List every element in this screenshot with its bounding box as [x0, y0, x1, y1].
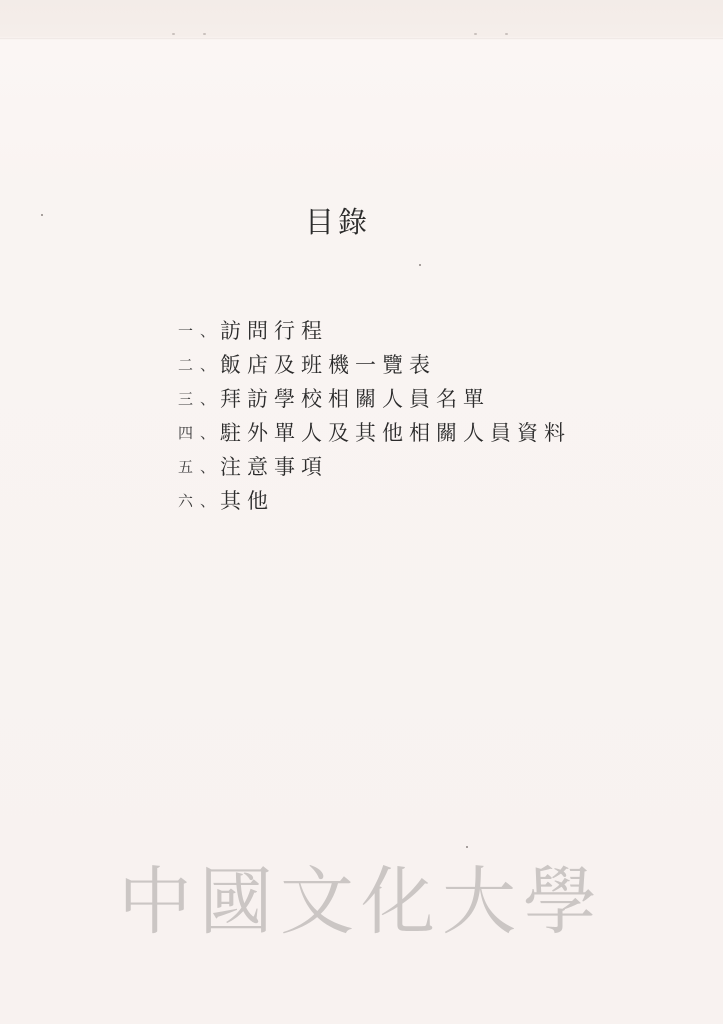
page-title: 目錄 — [0, 200, 676, 241]
toc-item-label: 訪問行程 — [220, 319, 328, 343]
toc-item-separator: 、 — [200, 484, 220, 518]
toc-item-separator: 、 — [200, 450, 220, 484]
toc-item-label: 拜訪學校相關人員名單 — [220, 387, 490, 411]
toc-item: 五、注意事項 — [178, 450, 571, 484]
toc-item: 四、駐外單人及其他相關人員資料 — [178, 416, 571, 450]
toc-item-number: 六 — [178, 484, 200, 518]
toc-item-separator: 、 — [200, 348, 220, 382]
toc-item-number: 二 — [178, 348, 200, 382]
toc-item-number: 三 — [178, 382, 200, 416]
toc-item: 二、飯店及班機一覽表 — [178, 348, 571, 382]
toc-item: 三、拜訪學校相關人員名單 — [178, 382, 571, 416]
toc-item: 一、訪問行程 — [178, 314, 571, 348]
toc-item-number: 四 — [178, 416, 200, 450]
staple-mark — [172, 33, 175, 35]
paper-speck — [41, 214, 43, 216]
paper-fold-line — [0, 38, 723, 40]
toc-item-label: 其他 — [220, 489, 274, 513]
paper-speck — [419, 264, 421, 266]
document-page: 目錄 一、訪問行程 二、飯店及班機一覽表 三、拜訪學校相關人員名單 四、駐外單人… — [0, 0, 723, 1024]
staple-mark — [203, 33, 206, 35]
toc-item-label: 注意事項 — [220, 455, 328, 479]
table-of-contents: 一、訪問行程 二、飯店及班機一覽表 三、拜訪學校相關人員名單 四、駐外單人及其他… — [178, 314, 571, 518]
toc-item-label: 駐外單人及其他相關人員資料 — [220, 421, 571, 445]
toc-item-label: 飯店及班機一覽表 — [220, 353, 436, 377]
university-watermark: 中國文化大學 — [118, 852, 638, 952]
toc-item-separator: 、 — [200, 382, 220, 416]
staple-mark — [474, 33, 477, 35]
toc-item-separator: 、 — [200, 314, 220, 348]
toc-item-number: 五 — [178, 450, 200, 484]
paper-speck — [466, 846, 468, 848]
toc-item-number: 一 — [178, 314, 200, 348]
toc-item: 六、其他 — [178, 484, 571, 518]
toc-item-separator: 、 — [200, 416, 220, 450]
staple-mark — [505, 33, 508, 35]
